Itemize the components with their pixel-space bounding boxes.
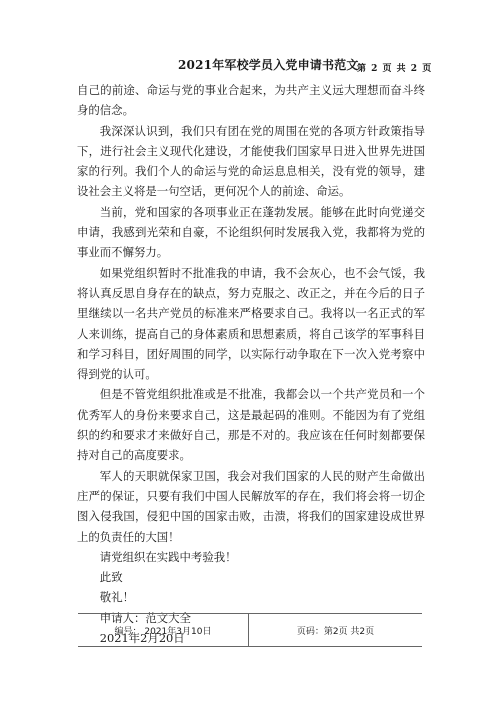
paragraph: 我深深认识到，我们只有团在党的周围在党的各项方针政策指导下，进行社会主义现代化建… bbox=[77, 121, 425, 202]
footer-page-number: 页码：第2页 共2页 bbox=[249, 614, 422, 646]
document-title: 2021年军校学员入党申请书范文 bbox=[178, 56, 359, 73]
closing-regards: 敬礼！ bbox=[77, 587, 425, 607]
footer-serial: 编号： 2021年3月10日 bbox=[78, 614, 249, 646]
paragraph: 但是不管党组织批准或是不批准，我都会以一个共产党员和一个优秀军人的身份来要求自己… bbox=[77, 384, 425, 465]
footer-table: 编号： 2021年3月10日 页码：第2页 共2页 bbox=[78, 613, 422, 647]
paragraph-continuation: 自己的前途、命运与党的事业合起来，为共产主义远大理想而奋斗终身的信念。 bbox=[77, 80, 425, 121]
paragraph: 当前，党和国家的各项事业正在蓬勃发展。能够在此时向党递交申请，我感到光荣和自豪，… bbox=[77, 202, 425, 263]
header-page-indicator: 第 2 页 共 2 页 bbox=[357, 61, 431, 74]
closing-salutation: 此致 bbox=[77, 567, 425, 587]
paragraph: 如果党组织暂时不批准我的申请，我不会灰心，也不会气馁，我将认真反思自身存在的缺点… bbox=[77, 263, 425, 385]
document-body: 自己的前途、命运与党的事业合起来，为共产主义远大理想而奋斗终身的信念。 我深深认… bbox=[77, 80, 425, 648]
closing-request: 请党组织在实践中考验我！ bbox=[77, 547, 425, 567]
paragraph: 军人的天职就保家卫国，我会对我们国家的人民的财产生命做出庄严的保证，只要有我们中… bbox=[77, 466, 425, 547]
